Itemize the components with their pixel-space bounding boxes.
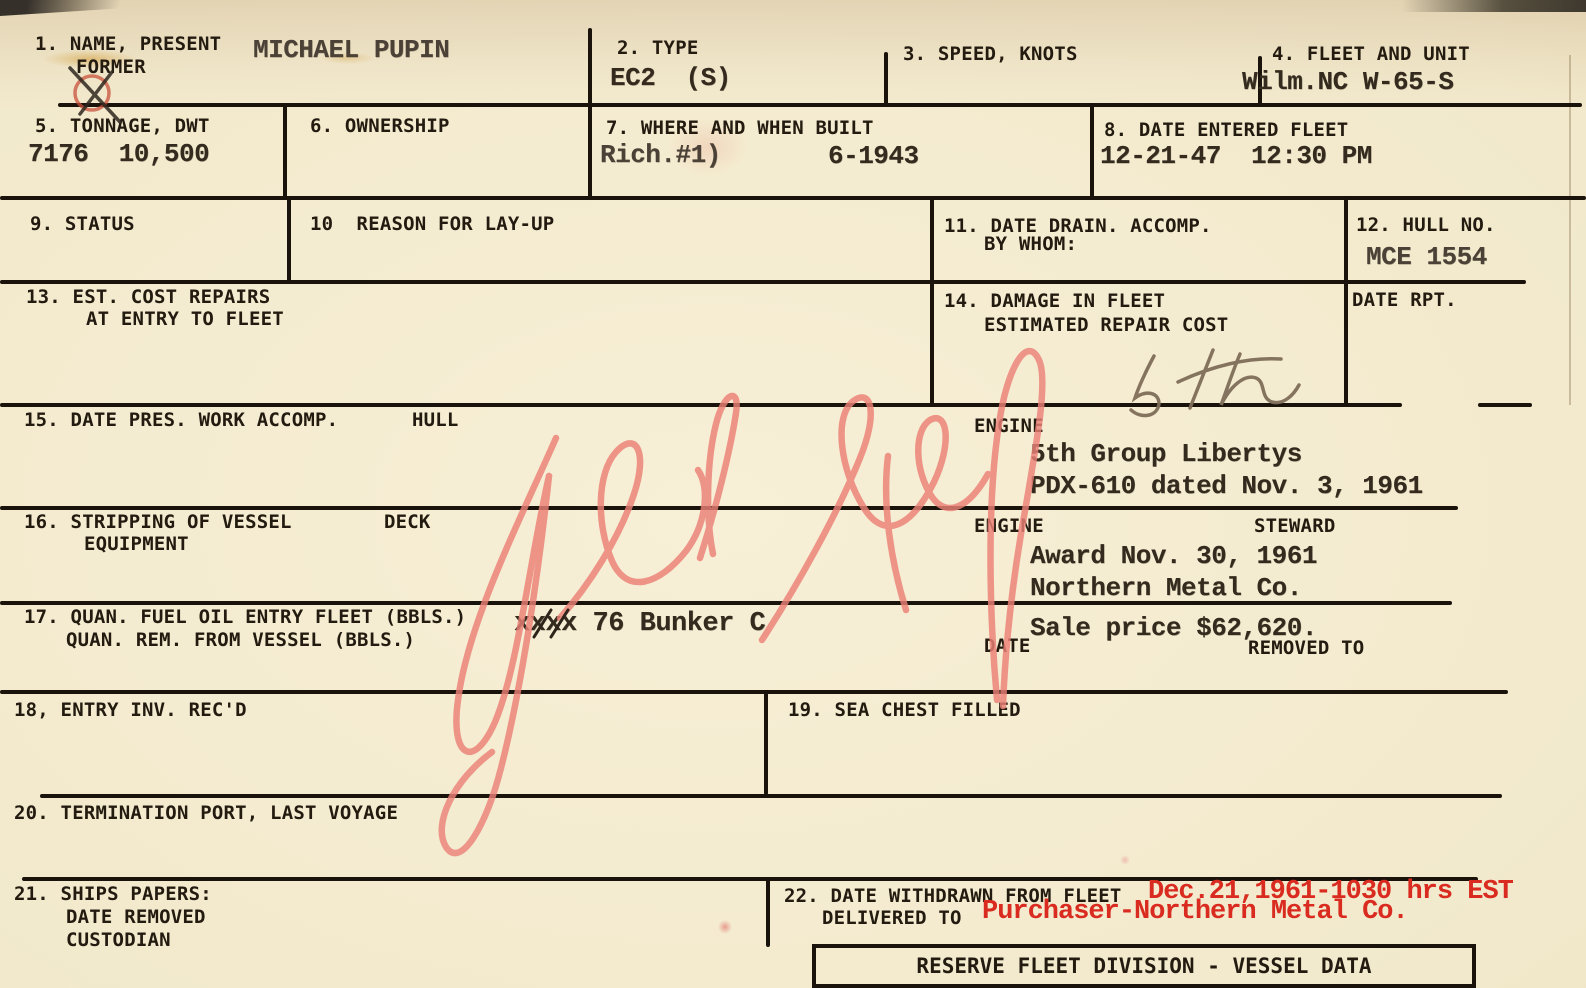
field-13-at-entry-label: AT ENTRY TO FLEET — [86, 309, 284, 331]
field-12-hull-no-value: MCE 1554 — [1366, 243, 1487, 272]
field-7-built-when-value: 6-1943 — [828, 142, 919, 171]
field-3-speed-label: 3. SPEED, KNOTS — [903, 44, 1078, 66]
column-divider — [283, 105, 287, 198]
engine-label-1: ENGINE — [974, 416, 1044, 438]
field-22-delivered-to-label: DELIVERED TO — [822, 908, 962, 930]
field-7-built-where-value: Rich.#1) — [600, 141, 721, 170]
engine-note-line-1: 5th Group Libertys — [1030, 440, 1302, 469]
field-9-status-label: 9. STATUS — [30, 214, 135, 236]
field-21-custodian-label: CUSTODIAN — [66, 930, 171, 952]
divider-line — [0, 196, 1586, 200]
field-21-date-removed-label: DATE REMOVED — [66, 907, 206, 929]
field-8-date-entered-value: 12-21-47 12:30 PM — [1100, 142, 1372, 171]
column-divider — [1090, 105, 1094, 198]
divider-line — [0, 403, 1402, 407]
field-1-name-value: MICHAEL PUPIN — [253, 36, 449, 65]
divider-line — [40, 794, 1502, 798]
field-14-repair-cost-label: ESTIMATED REPAIR COST — [984, 315, 1228, 337]
field-17-fuel-value: xxxx 76 Bunker C — [514, 610, 765, 640]
field-2-type-label: 2. TYPE — [617, 38, 698, 60]
field-16-equipment-label: EQUIPMENT — [84, 534, 189, 556]
footer-title-box: RESERVE FLEET DIVISION - VESSEL DATA — [812, 944, 1476, 988]
field-13-est-cost-label: 13. EST. COST REPAIRS — [26, 287, 270, 309]
vessel-data-card: 1. NAME, PRESENT FORMER MICHAEL PUPIN 2.… — [0, 0, 1586, 988]
column-divider — [930, 198, 934, 405]
engine-label-2: ENGINE — [974, 516, 1044, 538]
field-8-date-entered-label: 8. DATE ENTERED FLEET — [1104, 120, 1348, 142]
field-15-hull-label: HULL — [412, 410, 459, 432]
divider-line — [0, 280, 1526, 284]
field-15-work-accomp-label: 15. DATE PRES. WORK ACCOMP. — [24, 410, 338, 432]
divider-line — [0, 690, 1508, 694]
steward-label: STEWARD — [1254, 516, 1335, 538]
removed-to-label: REMOVED TO — [1248, 638, 1364, 660]
column-divider — [588, 105, 592, 198]
red-dot-stain — [718, 920, 732, 934]
field-12-hull-no-label: 12. HULL NO. — [1356, 215, 1496, 237]
award-note-line-2: Northern Metal Co. — [1030, 574, 1302, 603]
date-label: DATE — [984, 636, 1031, 658]
divider-line — [0, 506, 1458, 510]
field-4-fleet-unit-value: Wilm.NC W-65-S — [1242, 68, 1453, 97]
field-7-built-label: 7. WHERE AND WHEN BUILT — [606, 118, 874, 140]
field-18-entry-inv-label: 18, ENTRY INV. REC'D — [14, 700, 247, 722]
field-17-fuel-entry-label: 17. QUAN. FUEL OIL ENTRY FLEET (BBLS.) — [24, 607, 466, 629]
field-5-tonnage-label: 5. TONNAGE, DWT — [35, 116, 210, 138]
engine-note-line-2: PDX-610 dated Nov. 3, 1961 — [1030, 472, 1423, 501]
column-divider — [588, 28, 592, 105]
column-divider — [1344, 198, 1348, 405]
field-1-name-label: 1. NAME, PRESENT — [35, 34, 221, 56]
award-note-line-1: Award Nov. 30, 1961 — [1030, 542, 1317, 571]
column-divider — [766, 877, 770, 947]
field-5-tonnage-value: 7176 10,500 — [28, 140, 209, 169]
field-1-former-label: FORMER — [76, 57, 146, 79]
paper-crease — [1569, 55, 1571, 405]
field-20-termination-port-label: 20. TERMINATION PORT, LAST VOYAGE — [14, 803, 398, 825]
footer-title: RESERVE FLEET DIVISION - VESSEL DATA — [916, 954, 1371, 978]
column-divider — [287, 198, 291, 282]
divider-line-dash — [1478, 403, 1532, 407]
field-10-layup-label: 10 REASON FOR LAY-UP — [310, 214, 554, 236]
field-4-fleet-unit-label: 4. FLEET AND UNIT — [1272, 44, 1470, 66]
field-2-type-value: EC2 (S) — [610, 64, 731, 93]
field-22-delivered-to-value: Purchaser-Northern Metal Co. — [982, 898, 1408, 926]
scan-edge-artifact-top-right — [1402, 0, 1586, 12]
field-11-by-whom-label: BY WHOM: — [984, 234, 1077, 256]
field-17-fuel-removed-label: QUAN. REM. FROM VESSEL (BBLS.) — [66, 630, 415, 652]
field-6-ownership-label: 6. OWNERSHIP — [310, 116, 450, 138]
column-divider — [884, 52, 888, 105]
date-rpt-label: DATE RPT. — [1352, 290, 1457, 312]
field-14-damage-label: 14. DAMAGE IN FLEET — [944, 291, 1165, 313]
deck-label: DECK — [384, 512, 431, 534]
field-16-stripping-label: 16. STRIPPING OF VESSEL — [24, 512, 292, 534]
column-divider — [764, 690, 768, 795]
field-21-ships-papers-label: 21. SHIPS PAPERS: — [14, 884, 212, 906]
field-19-sea-chest-label: 19. SEA CHEST FILLED — [788, 700, 1021, 722]
red-dot-stain — [1120, 855, 1130, 865]
